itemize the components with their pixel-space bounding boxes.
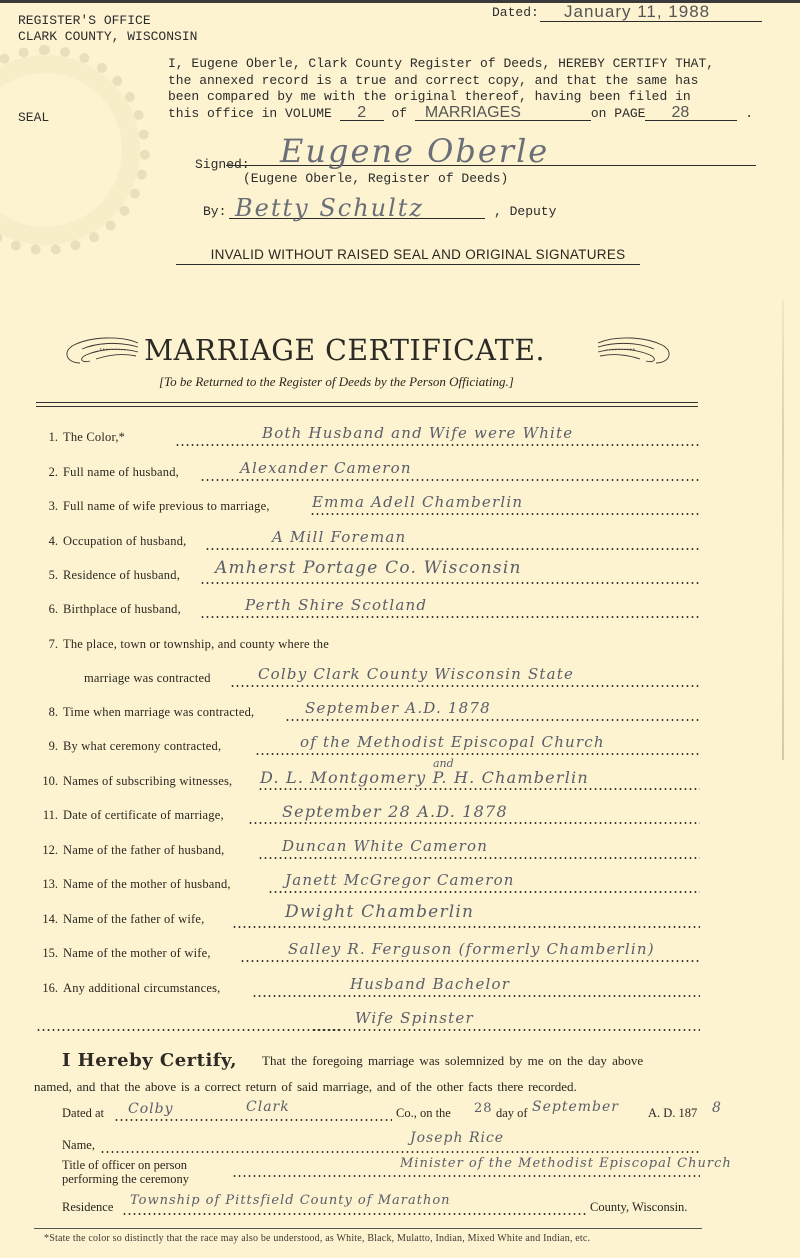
dated-value: January 11, 1988	[540, 2, 762, 22]
office-line-2: CLARK COUNTY, WISCONSIN	[18, 29, 197, 45]
dotted-leader	[200, 582, 700, 584]
register-caption: (Eugene Oberle, Register of Deeds)	[243, 171, 508, 186]
certificate-subtitle: [To be Returned to the Register of Deeds…	[159, 374, 514, 390]
field-number: 12.	[36, 843, 58, 858]
field-label: The Color,*	[63, 430, 125, 445]
field-number: 5.	[36, 568, 58, 583]
field-number: 10.	[36, 774, 58, 789]
field-value: A Mill Foreman	[272, 528, 406, 546]
field-ceremony: 9. By what ceremony contracted, of the M…	[0, 739, 800, 761]
field-value: Janett McGregor Cameron	[285, 871, 515, 889]
field-place: marriage was contracted Colby Clark Coun…	[0, 671, 800, 693]
field-number: 8.	[36, 705, 58, 720]
dotted-leader	[200, 616, 700, 618]
hereby-text-line2: named, and that the above is a correct r…	[34, 1079, 577, 1095]
period: .	[745, 106, 753, 121]
invalid-notice: INVALID WITHOUT RAISED SEAL AND ORIGINAL…	[176, 247, 640, 265]
register-signature: Eugene Oberle	[280, 132, 549, 170]
dotted-leader	[268, 891, 700, 893]
dotted-leader	[200, 479, 700, 481]
field-additional-cont: Wife Spinster	[0, 1015, 800, 1037]
title-label-line2: performing the ceremony	[62, 1172, 189, 1186]
field-wife-name: 3. Full name of wife previous to marriag…	[0, 499, 800, 521]
county-wisconsin-label: County, Wisconsin.	[590, 1200, 687, 1215]
field-place-heading: 7. The place, town or township, and coun…	[0, 637, 800, 659]
dotted-leader	[232, 926, 700, 928]
month-value: September	[532, 1099, 619, 1115]
book-value: MARRIAGES	[415, 106, 591, 121]
field-value: September 28 A.D. 1878	[282, 802, 508, 821]
dotted-leader	[248, 822, 700, 824]
field-time: 8. Time when marriage was contracted, Se…	[0, 705, 800, 727]
field-wife-father: 14. Name of the father of wife, Dwight C…	[0, 912, 800, 934]
field-label: Full name of wife previous to marriage,	[63, 499, 270, 514]
field-husband-mother: 13. Name of the mother of husband, Janet…	[0, 877, 800, 899]
field-label: Name of the father of husband,	[63, 843, 225, 858]
field-label: Date of certificate of marriage,	[63, 808, 224, 823]
field-number: 15.	[36, 946, 58, 961]
raised-seal-embossing	[0, 45, 150, 255]
field-value: Alexander Cameron	[240, 459, 412, 477]
volume-value: 2	[340, 106, 384, 121]
field-number: 3.	[36, 499, 58, 514]
field-value: D. L. Montgomery P. H. Chamberlin	[260, 768, 589, 787]
dated-at-label: Dated at	[62, 1106, 104, 1121]
cert-line-1: I, Eugene Oberle, Clark County Register …	[168, 56, 714, 71]
dotted-leader	[230, 685, 700, 687]
dotted-leader	[285, 719, 700, 721]
right-flourish-icon	[596, 333, 676, 369]
field-number: 13.	[36, 877, 58, 892]
name-label: Name,	[62, 1138, 95, 1153]
field-label: Full name of husband,	[63, 465, 179, 480]
field-additional: 16. Any additional circumstances, Husban…	[0, 981, 800, 1003]
dotted-leader	[255, 753, 700, 755]
dotted-leader	[258, 788, 700, 790]
day-value: 28	[474, 1101, 493, 1116]
field-husband-father: 12. Name of the father of husband, Dunca…	[0, 843, 800, 865]
dated-at-county: Clark	[246, 1099, 290, 1115]
field-number: 16.	[36, 981, 58, 996]
field-color: 1. The Color,* Both Husband and Wife wer…	[0, 430, 800, 452]
hereby-text: That the foregoing marriage was solemniz…	[262, 1053, 643, 1069]
cert-line-2: the annexed record is a true and correct…	[168, 73, 699, 88]
page-label: on PAGE	[591, 106, 646, 121]
field-label: marriage was contracted	[84, 671, 211, 686]
title-label-line1: Title of officer on person	[62, 1158, 189, 1172]
dated-label: Dated:	[492, 5, 539, 20]
register-office-heading: REGISTER'S OFFICE CLARK COUNTY, WISCONSI…	[18, 13, 197, 45]
field-certificate-date: 11. Date of certificate of marriage, Sep…	[0, 808, 800, 830]
dotted-leader	[258, 857, 700, 859]
field-value: Colby Clark County Wisconsin State	[258, 665, 574, 683]
field-number: 4.	[36, 534, 58, 549]
field-label: The place, town or township, and county …	[63, 637, 329, 652]
dotted-leader	[36, 1029, 340, 1031]
field-husband-name: 2. Full name of husband, Alexander Camer…	[0, 465, 800, 487]
field-number: 1.	[36, 430, 58, 445]
officiant-title: Minister of the Methodist Episcopal Chur…	[400, 1156, 732, 1171]
field-value: Both Husband and Wife were White	[262, 424, 573, 442]
dated-at-place: Colby	[128, 1101, 174, 1117]
residence-label: Residence	[62, 1200, 113, 1215]
residence-value: Township of Pittsfield County of Maratho…	[130, 1193, 451, 1208]
title-of-officer-label: Title of officer on person performing th…	[62, 1158, 189, 1186]
field-value: Amherst Portage Co. Wisconsin	[215, 558, 522, 578]
dotted-leader	[240, 960, 700, 962]
deputy-signature: Betty Schultz	[235, 194, 424, 222]
field-value: Perth Shire Scotland	[245, 596, 427, 614]
field-wife-mother: 15. Name of the mother of wife, Salley R…	[0, 946, 800, 968]
field-label: Name of the mother of wife,	[63, 946, 211, 961]
ad-label: A. D. 187	[648, 1106, 697, 1121]
field-witnesses: 10. Names of subscribing witnesses, and …	[0, 774, 800, 796]
field-occupation: 4. Occupation of husband, A Mill Foreman	[0, 534, 800, 556]
field-value: September A.D. 1878	[305, 699, 491, 717]
field-value: Dwight Chamberlin	[285, 902, 474, 922]
field-value: Wife Spinster	[355, 1009, 474, 1027]
of-label: of	[391, 106, 407, 121]
dotted-leader	[175, 444, 700, 446]
field-label: Time when marriage was contracted,	[63, 705, 254, 720]
co-label: Co., on the	[396, 1106, 451, 1121]
dotted-leader	[122, 1213, 587, 1215]
field-label: Residence of husband,	[63, 568, 180, 583]
double-rule	[36, 402, 698, 407]
field-label: Occupation of husband,	[63, 534, 186, 549]
field-number: 6.	[36, 602, 58, 617]
dotted-leader	[232, 1175, 700, 1177]
field-value: of the Methodist Episcopal Church	[300, 733, 605, 751]
certificate-title: MARRIAGE CERTIFICATE.	[144, 333, 545, 367]
field-value: Duncan White Cameron	[282, 837, 488, 855]
footnote: *State the color so distinctly that the …	[44, 1233, 590, 1244]
deputy-label: , Deputy	[494, 204, 556, 219]
field-label: Names of subscribing witnesses,	[63, 774, 232, 789]
field-birthplace: 6. Birthplace of husband, Perth Shire Sc…	[0, 602, 800, 624]
year-digit: 8	[712, 1100, 722, 1116]
dotted-leader	[205, 548, 700, 550]
field-label: By what ceremony contracted,	[63, 739, 221, 754]
hereby-certify-heading: I Hereby Certify,	[62, 1050, 237, 1071]
field-label: Name of the mother of husband,	[63, 877, 231, 892]
cert-line-3: been compared by me with the original th…	[168, 89, 691, 104]
by-label: By:	[203, 204, 226, 219]
field-number: 11.	[36, 808, 58, 823]
field-label: Name of the father of wife,	[63, 912, 204, 927]
dotted-leader	[310, 513, 700, 515]
field-value: Salley R. Ferguson (formerly Chamberlin)	[288, 940, 655, 958]
seal-label: SEAL	[18, 110, 49, 125]
officiant-name: Joseph Rice	[410, 1130, 504, 1146]
dotted-leader	[252, 995, 700, 997]
field-label: Any additional circumstances,	[63, 981, 221, 996]
field-number: 14.	[36, 912, 58, 927]
field-number: 9.	[36, 739, 58, 754]
page-value: 28	[645, 106, 737, 121]
footnote-rule	[34, 1228, 702, 1229]
field-number: 7.	[36, 637, 58, 652]
field-residence: 5. Residence of husband, Amherst Portage…	[0, 568, 800, 590]
cert-line-4: this office in VOLUME	[168, 106, 332, 121]
dotted-leader	[312, 1029, 700, 1031]
field-number: 2.	[36, 465, 58, 480]
field-value: Emma Adell Chamberlin	[312, 493, 523, 511]
dotted-leader	[100, 1151, 700, 1153]
field-value: Husband Bachelor	[350, 975, 510, 993]
office-line-1: REGISTER'S OFFICE	[18, 13, 197, 29]
left-flourish-icon	[60, 333, 140, 369]
dotted-leader	[114, 1119, 392, 1121]
field-label: Birthplace of husband,	[63, 602, 181, 617]
certification-paragraph: I, Eugene Oberle, Clark County Register …	[168, 56, 768, 122]
day-of-label: day of	[496, 1106, 528, 1121]
